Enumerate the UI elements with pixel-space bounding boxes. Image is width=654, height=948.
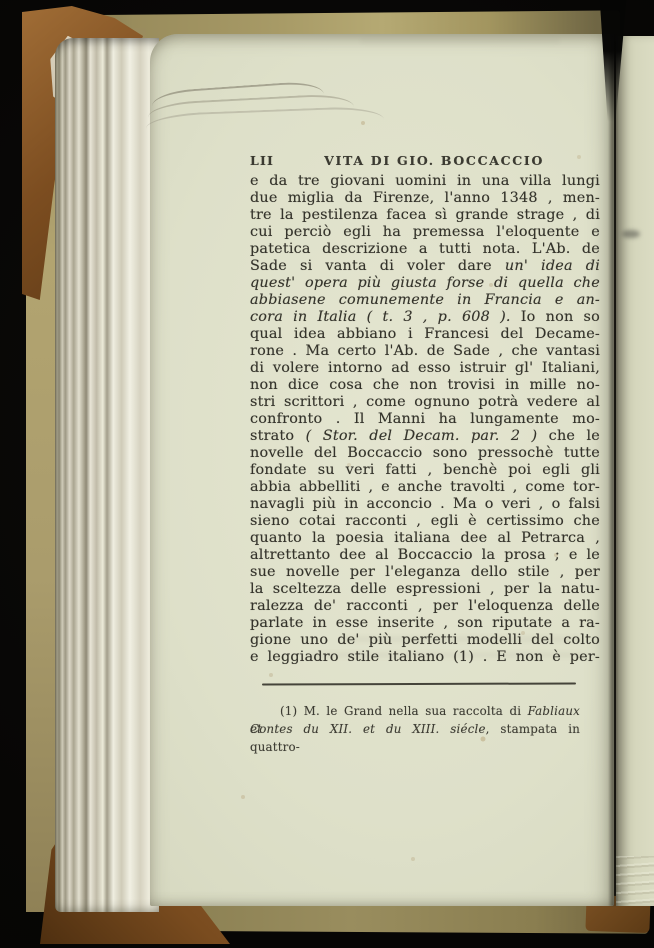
showthrough-mark [360,38,560,44]
running-title: VITA DI GIO. BOCCACCIO [324,153,544,168]
text-segment: stri scrittori , come ognuno potrà veder… [250,394,600,410]
text-segment: novelle del Boccaccio sono pressochè tut… [250,445,600,461]
text-block: LII VITA DI GIO. BOCCACCIO e da tre giov… [250,149,600,738]
gutter-crease [608,34,618,906]
italic-segment: abbiasene comunemente in Francia e an- [250,292,600,308]
text-segment: sieno cotai racconti , egli è certissimo… [250,513,600,529]
text-segment: abbia abbelliti , e anche travolti , com… [250,479,600,495]
footnote: (1) M. le Grand nella sua raccolta di Fa… [250,702,580,738]
text-line: quest' opera più giusta forse di quella … [250,275,600,292]
italic-segment: quest' opera più giusta forse di quella … [250,275,600,291]
text-line: quanto la poesia italiana dee al Petrarc… [250,530,600,547]
text-segment: cui perciò egli ha premessa l'eloquente … [250,224,600,240]
text-segment: (1) M. le Grand nella sua raccolta di [280,704,528,718]
text-line: sue novelle per l'eleganza dello stile ,… [250,564,600,581]
text-line: due miglia da Firenze, l'anno 1348 , men… [250,190,600,207]
text-line: altrettanto dee al Boccaccio la prosa ; … [250,547,600,564]
italic-segment: un' idea di [505,258,600,274]
text-segment: rone . Ma certo l'Ab. de Sade , che vant… [250,343,600,359]
text-line: Contes du XII. et du XIII. siécle, stamp… [250,720,580,738]
text-segment: parlate in esse inserite , son riputate … [250,615,600,631]
text-line: strato ( Stor. del Decam. par. 2 ) che l… [250,428,600,445]
page-edge-stack [55,38,159,912]
text-line: patetica descrizione a tutti nota. L'Ab.… [250,241,600,258]
italic-segment: ( Stor. del Decam. par. 2 ) [306,428,538,444]
text-line: confronto . Il Manni ha lungamente mo- [250,411,600,428]
text-line: qual idea abbiano i Francesi del Decame- [250,326,600,343]
text-segment: Io non so [511,309,600,325]
italic-segment: Contes du XII. et du XIII. siécle [250,722,486,736]
text-segment: Sade si vanta di voler dare [250,258,505,274]
text-line: cora in Italia ( t. 3 , p. 608 ). Io non… [250,309,600,326]
text-segment: due miglia da Firenze, l'anno 1348 , men… [250,190,600,206]
text-segment: tre la pestilenza facea sì grande strage… [250,207,600,223]
text-line: fondate su veri fatti , benchè poi egli … [250,462,600,479]
text-segment: quanto la poesia italiana dee al Petrarc… [250,530,600,546]
text-line: gione uno de' più perfetti modelli del c… [250,632,600,649]
text-line: la sceltezza delle espressioni , per la … [250,581,600,598]
text-line: non dice cosa che non trovisi in mille n… [250,377,600,394]
text-segment: sue novelle per l'eleganza dello stile ,… [250,564,600,580]
page-header: LII VITA DI GIO. BOCCACCIO [250,153,600,171]
text-line: di volere intorno ad esso istruir gl' It… [250,360,600,377]
facing-page-sliver [616,36,654,906]
text-line: navagli più in acconcio . Ma o veri , o … [250,496,600,513]
text-segment: non dice cosa che non trovisi in mille n… [250,377,600,393]
text-segment: confronto . Il Manni ha lungamente mo- [250,411,600,427]
text-line: novelle del Boccaccio sono pressochè tut… [250,445,600,462]
italic-segment: cora in Italia ( t. 3 , p. 608 ). [250,309,511,325]
ink-smudge [622,230,640,238]
text-segment: e leggiadro stile italiano (1) . E non è… [250,649,600,665]
text-segment: di volere intorno ad esso istruir gl' It… [250,360,600,376]
text-line: tre la pestilenza facea sì grande strage… [250,207,600,224]
text-line: (1) M. le Grand nella sua raccolta di Fa… [250,702,580,720]
text-segment: ralezza de' racconti , per l'eloquenza d… [250,598,600,614]
text-segment: la sceltezza delle espressioni , per la … [250,581,600,597]
text-segment: fondate su veri fatti , benchè poi egli … [250,462,600,478]
facing-page-bottom-edges [616,856,654,906]
text-segment: altrettanto dee al Boccaccio la prosa ; … [250,547,600,563]
text-segment: strato [250,428,306,444]
book-page: LII VITA DI GIO. BOCCACCIO e da tre giov… [150,34,614,906]
text-segment: qual idea abbiano i Francesi del Decame- [250,326,600,342]
text-segment: che le [537,428,600,444]
text-line: abbiasene comunemente in Francia e an- [250,292,600,309]
text-line: rone . Ma certo l'Ab. de Sade , che vant… [250,343,600,360]
text-segment: navagli più in acconcio . Ma o veri , o … [250,496,600,512]
text-line: Sade si vanta di voler dare un' idea di [250,258,600,275]
text-line: abbia abbelliti , e anche travolti , com… [250,479,600,496]
text-line: ralezza de' racconti , per l'eloquenza d… [250,598,600,615]
text-line: stri scrittori , come ognuno potrà veder… [250,394,600,411]
folio-number: LII [250,153,274,168]
text-segment: e da tre giovani uomini in una villa lun… [250,173,600,189]
text-line: cui perciò egli ha premessa l'eloquente … [250,224,600,241]
text-line: e leggiadro stile italiano (1) . E non è… [250,649,600,666]
footnote-rule [262,682,576,685]
text-segment: patetica descrizione a tutti nota. L'Ab.… [250,241,600,257]
text-line: sieno cotai racconti , egli è certissimo… [250,513,600,530]
book-scan-photo: LII VITA DI GIO. BOCCACCIO e da tre giov… [0,0,654,948]
text-line: parlate in esse inserite , son riputate … [250,615,600,632]
body-text: e da tre giovani uomini in una villa lun… [250,173,600,666]
text-segment: gione uno de' più perfetti modelli del c… [250,632,600,648]
text-line: e da tre giovani uomini in una villa lun… [250,173,600,190]
paper-speckles [150,34,152,36]
